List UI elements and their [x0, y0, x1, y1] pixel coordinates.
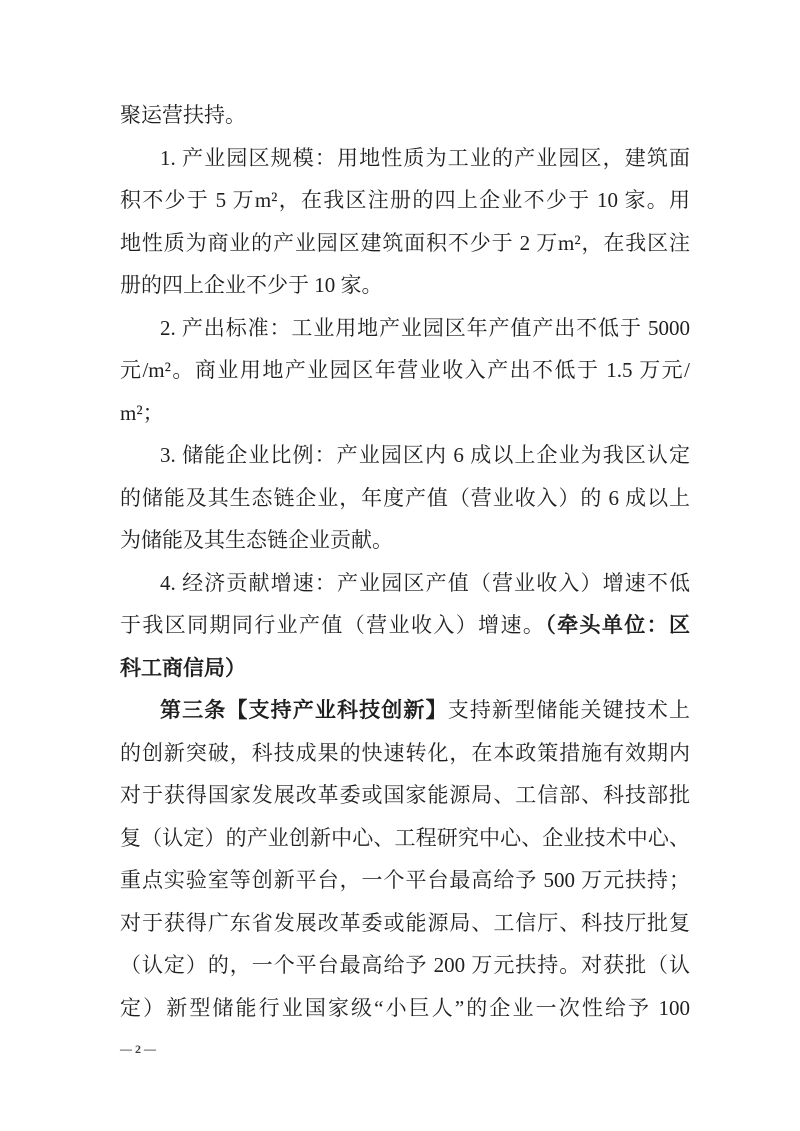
text-segment: m²； — [120, 401, 164, 425]
text-line: 于我区同期同行业产值（营业收入）增速。（牵头单位：区 — [120, 604, 690, 647]
text-segment: 支持新型储能关键技术上 — [448, 698, 690, 722]
text-line: 为储能及其生态链企业贡献。 — [120, 519, 690, 562]
text-line: 对于获得广东省发展改革委或能源局、工信厅、科技厅批复 — [120, 902, 690, 945]
document-body: 聚运营扶持。1. 产业园区规模：用地性质为工业的产业园区，建筑面积不少于 5 万… — [120, 94, 690, 1029]
text-segment: 1. 产业园区规模：用地性质为工业的产业园区，建筑面 — [160, 146, 690, 170]
text-segment: 重点实验室等创新平台，一个平台最高给予 500 万元扶持； — [120, 868, 690, 892]
text-segment: 于我区同期同行业产值（营业收入）增速。 — [120, 613, 545, 637]
text-segment-bold: （牵头单位：区 — [545, 613, 690, 637]
text-segment: 2. 产出标准：工业用地产业园区年产值产出不低于 5000 — [160, 316, 690, 340]
text-segment: 册的四上企业不少于 10 家。 — [120, 273, 383, 297]
text-segment: 地性质为商业的产业园区建筑面积不少于 2 万m²，在我区注 — [120, 231, 690, 255]
text-segment: 复（认定）的产业创新中心、工程研究中心、企业技术中心、 — [120, 826, 690, 850]
text-line: 册的四上企业不少于 10 家。 — [120, 264, 690, 307]
text-segment: 对于获得广东省发展改革委或能源局、工信厅、科技厅批复 — [120, 911, 690, 935]
document-page: 聚运营扶持。1. 产业园区规模：用地性质为工业的产业园区，建筑面积不少于 5 万… — [0, 0, 800, 1131]
text-line: 重点实验室等创新平台，一个平台最高给予 500 万元扶持； — [120, 859, 690, 902]
text-segment-bold: 第三条【支持产业科技创新】 — [160, 698, 448, 722]
text-segment: 定）新型储能行业国家级“小巨人”的企业一次性给予 100 — [120, 996, 690, 1020]
text-line: 4. 经济贡献增速：产业园区产值（营业收入）增速不低 — [120, 562, 690, 605]
text-line: 对于获得国家发展改革委或国家能源局、工信部、科技部批 — [120, 774, 690, 817]
text-segment: 为储能及其生态链企业贡献。 — [120, 528, 393, 552]
text-line: 3. 储能企业比例：产业园区内 6 成以上企业为我区认定 — [120, 434, 690, 477]
page-footer: —2— — [120, 1042, 159, 1057]
text-segment: 的储能及其生态链企业，年度产值（营业收入）的 6 成以上 — [120, 486, 690, 510]
text-line: 第三条【支持产业科技创新】支持新型储能关键技术上 — [120, 689, 690, 732]
text-line: 2. 产出标准：工业用地产业园区年产值产出不低于 5000 — [120, 307, 690, 350]
text-line: （认定）的，一个平台最高给予 200 万元扶持。对获批（认 — [120, 944, 690, 987]
text-line: 积不少于 5 万m²，在我区注册的四上企业不少于 10 家。用 — [120, 179, 690, 222]
text-segment: 积不少于 5 万m²，在我区注册的四上企业不少于 10 家。用 — [120, 188, 690, 212]
text-segment-bold: 科工商信局） — [120, 656, 246, 680]
text-segment: 4. 经济贡献增速：产业园区产值（营业收入）增速不低 — [160, 571, 690, 595]
text-line: 科工商信局） — [120, 647, 690, 690]
text-segment: 对于获得国家发展改革委或国家能源局、工信部、科技部批 — [120, 783, 690, 807]
text-line: 聚运营扶持。 — [120, 94, 690, 137]
page-number: —2— — [120, 1042, 159, 1056]
text-segment: 元/m²。商业用地产业园区年营业收入产出不低于 1.5 万元/ — [120, 358, 690, 382]
text-line: 元/m²。商业用地产业园区年营业收入产出不低于 1.5 万元/ — [120, 349, 690, 392]
text-segment: 聚运营扶持。 — [120, 103, 246, 127]
text-segment: 3. 储能企业比例：产业园区内 6 成以上企业为我区认定 — [160, 443, 690, 467]
text-line: 的创新突破，科技成果的快速转化，在本政策措施有效期内 — [120, 732, 690, 775]
text-line: 复（认定）的产业创新中心、工程研究中心、企业技术中心、 — [120, 817, 690, 860]
text-line: 的储能及其生态链企业，年度产值（营业收入）的 6 成以上 — [120, 477, 690, 520]
text-segment: 的创新突破，科技成果的快速转化，在本政策措施有效期内 — [120, 741, 690, 765]
text-segment: （认定）的，一个平台最高给予 200 万元扶持。对获批（认 — [120, 953, 690, 977]
text-line: 定）新型储能行业国家级“小巨人”的企业一次性给予 100 — [120, 987, 690, 1030]
text-line: 地性质为商业的产业园区建筑面积不少于 2 万m²，在我区注 — [120, 222, 690, 265]
text-line: m²； — [120, 392, 690, 435]
text-line: 1. 产业园区规模：用地性质为工业的产业园区，建筑面 — [120, 137, 690, 180]
